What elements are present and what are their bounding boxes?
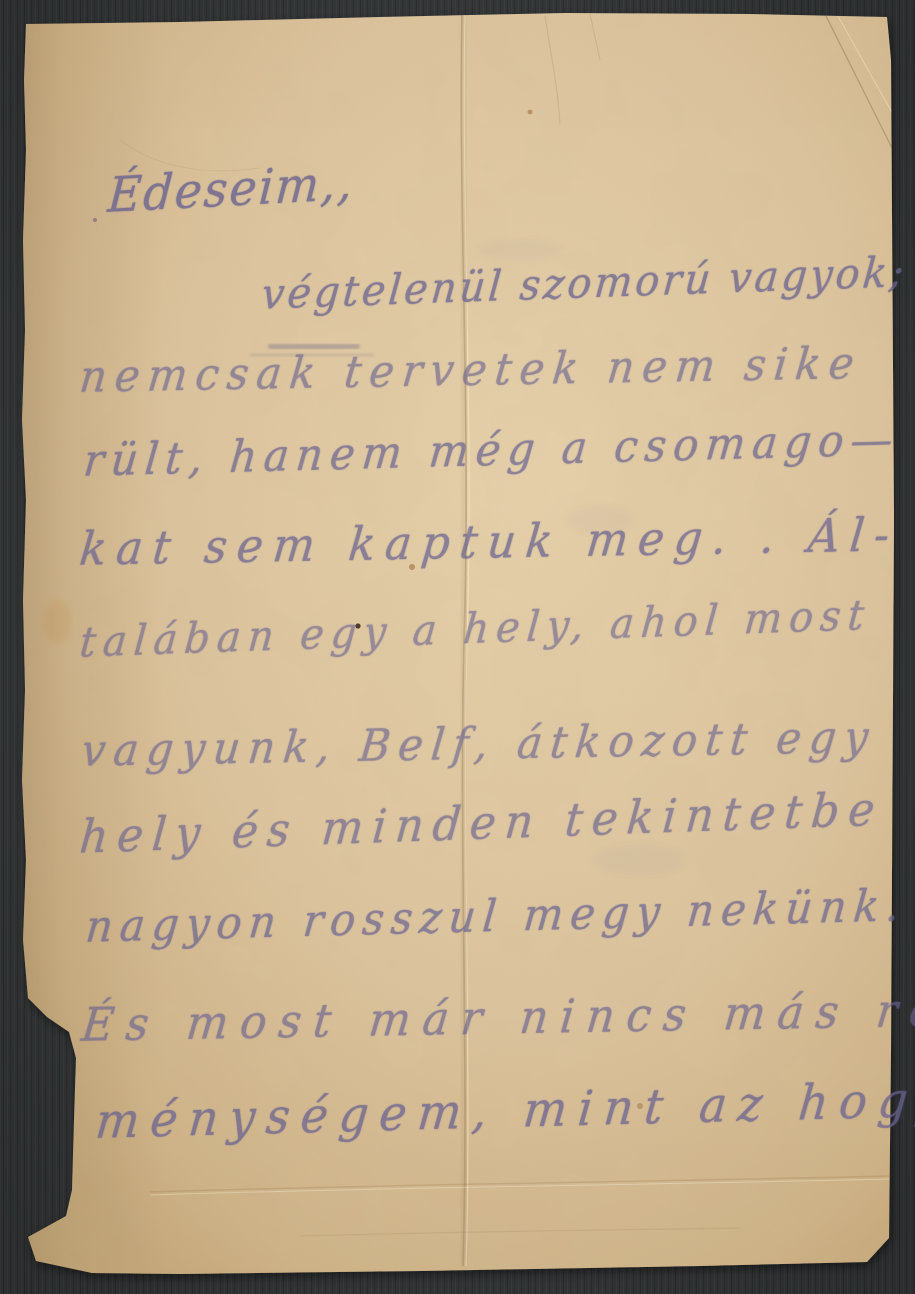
letter-paper [0, 0, 915, 1294]
paper-grain [0, 0, 915, 1294]
photo-backdrop: Édeseim,, végtelenül szomorú vagyok; nem… [0, 0, 915, 1294]
